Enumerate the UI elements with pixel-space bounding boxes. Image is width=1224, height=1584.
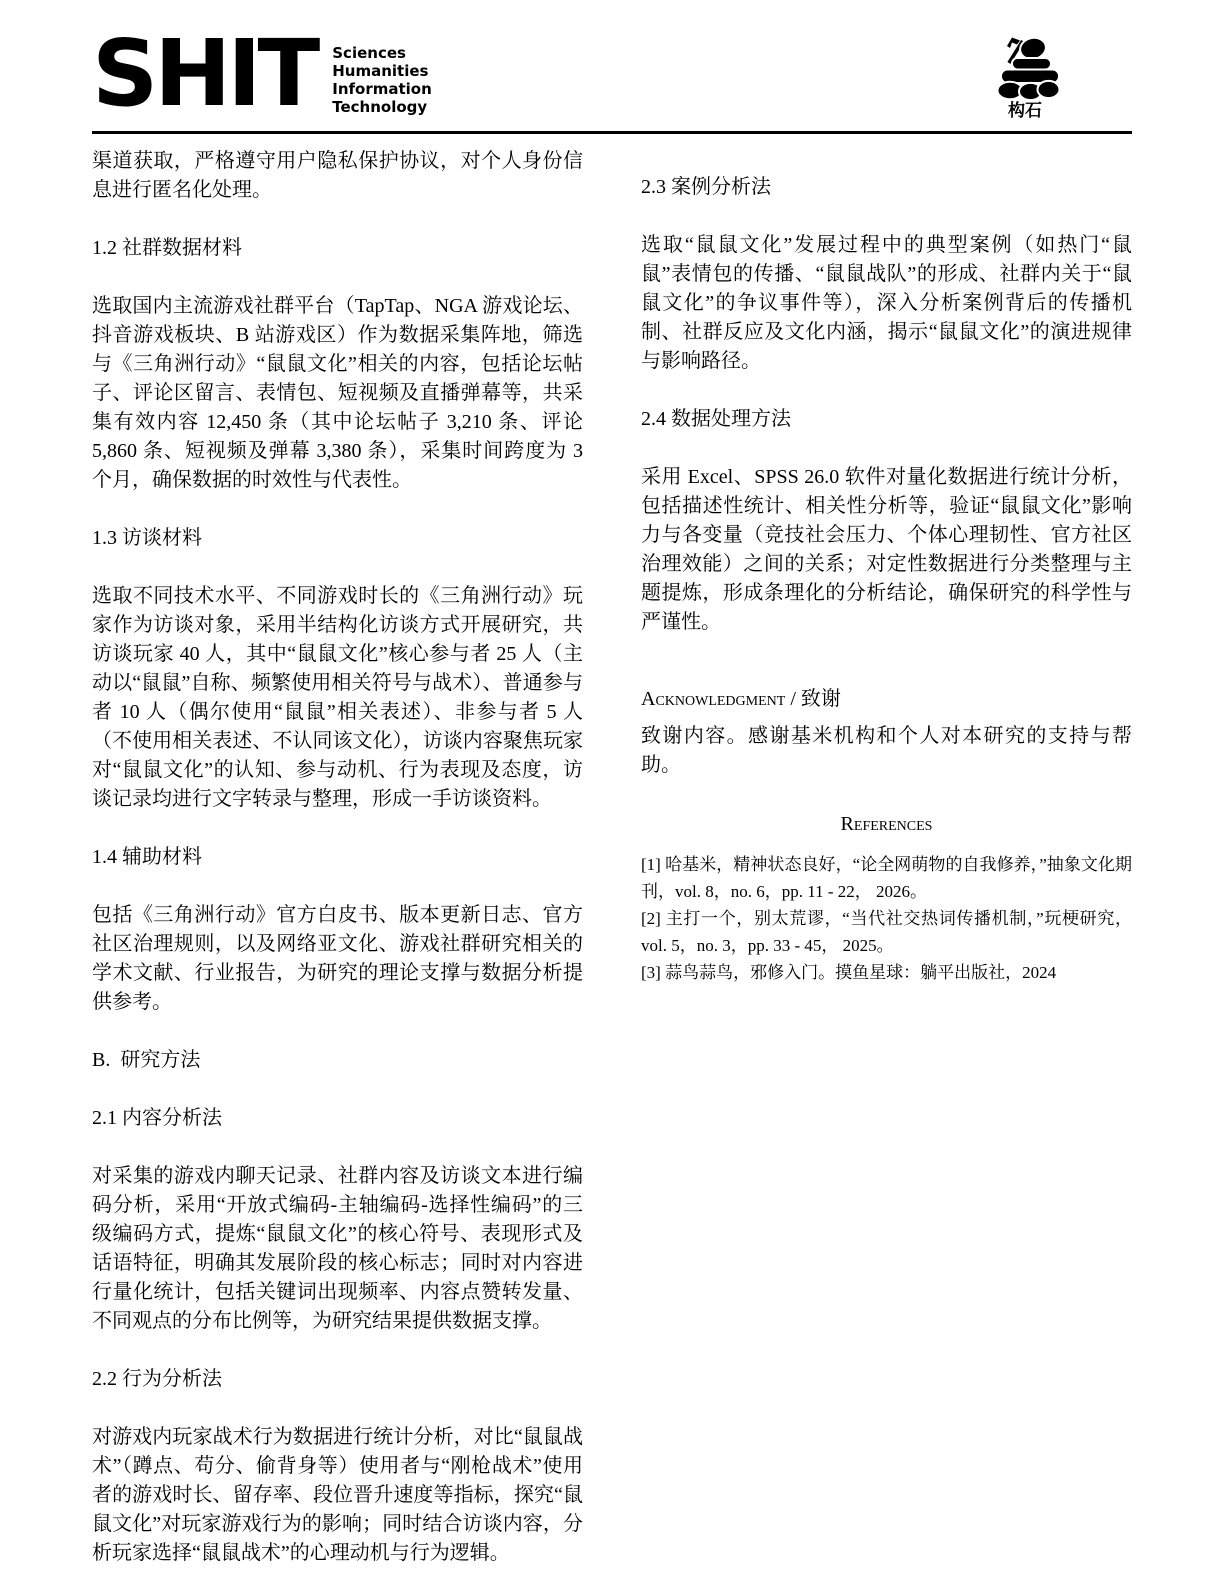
logo-word: Sciences <box>332 44 432 62</box>
paper-body: 渠道获取，严格遵守用户隐私保护协议，对个人身份信息进行匿名化处理。 1.2 社群… <box>0 134 1224 1568</box>
paragraph: 包括《三角洲行动》官方白皮书、版本更新日志、官方社区治理规则，以及网络亚文化、游… <box>92 901 583 1017</box>
section-heading: 2.3 案例分析法 <box>641 173 1132 202</box>
logo-word: Information <box>332 80 432 98</box>
section-heading: 1.4 辅助材料 <box>92 843 583 872</box>
reference-list: [1] 哈基米，精神状态良好，“论全网萌物的自我修养，”抽象文化期刊，vol. … <box>641 851 1132 986</box>
acknowledgment-text: 致谢内容。感谢基米机构和个人对本研究的支持与帮助。 <box>641 722 1132 780</box>
paragraph: 选取不同技术水平、不同游戏时长的《三角洲行动》玩家作为访谈对象，采用半结构化访谈… <box>92 582 583 814</box>
section-heading: B. 研究方法 <box>92 1046 583 1075</box>
journal-logo-words: Sciences Humanities Information Technolo… <box>332 36 432 116</box>
acknowledgment-heading: Acknowledgment / 致谢 <box>641 685 1132 714</box>
paragraph: 对采集的游戏内聊天记录、社群内容及访谈文本进行编码分析，采用“开放式编码-主轴编… <box>92 1162 583 1336</box>
paper-page: SHIT Sciences Humanities Information Tec… <box>0 0 1224 1584</box>
paragraph: 对游戏内玩家战术行为数据进行统计分析，对比“鼠鼠战术”（蹲点、苟分、偷背身等）使… <box>92 1423 583 1568</box>
stone-pile-icon <box>987 36 1063 100</box>
reference-item: [2] 主打一个，别太荒谬，“当代社交热词传播机制，”玩梗研究，vol. 5，n… <box>641 905 1132 959</box>
section-heading: 2.4 数据处理方法 <box>641 405 1132 434</box>
references-heading: References <box>641 810 1132 839</box>
left-column: 渠道获取，严格遵守用户隐私保护协议，对个人身份信息进行匿名化处理。 1.2 社群… <box>92 147 583 1568</box>
journal-logo-text: SHIT <box>92 36 316 112</box>
section-heading: 1.3 访谈材料 <box>92 524 583 553</box>
paragraph: 渠道获取，严格遵守用户隐私保护协议，对个人身份信息进行匿名化处理。 <box>92 147 583 205</box>
journal-logo: SHIT Sciences Humanities Information Tec… <box>92 36 432 116</box>
logo-word: Technology <box>332 98 432 116</box>
section-heading: 2.2 行为分析法 <box>92 1365 583 1394</box>
section-heading: 2.1 内容分析法 <box>92 1104 583 1133</box>
right-column: 2.3 案例分析法 选取“鼠鼠文化”发展过程中的典型案例（如热门“鼠鼠”表情包的… <box>641 147 1132 1568</box>
reference-item: [3] 蒜鸟蒜鸟，邪修入门。摸鱼星球：躺平出版社，2024 <box>641 959 1132 986</box>
logo-word: Humanities <box>332 62 432 80</box>
publisher-badge: 构石 <box>986 36 1064 121</box>
paragraph: 采用 Excel、SPSS 26.0 软件对量化数据进行统计分析，包括描述性统计… <box>641 463 1132 637</box>
paragraph: 选取“鼠鼠文化”发展过程中的典型案例（如热门“鼠鼠”表情包的传播、“鼠鼠战队”的… <box>641 231 1132 376</box>
page-header: SHIT Sciences Humanities Information Tec… <box>0 0 1224 128</box>
reference-item: [1] 哈基米，精神状态良好，“论全网萌物的自我修养，”抽象文化期刊，vol. … <box>641 851 1132 905</box>
publisher-label: 构石 <box>1008 101 1042 121</box>
section-heading: 1.2 社群数据材料 <box>92 234 583 263</box>
paragraph: 选取国内主流游戏社群平台（TapTap、NGA 游戏论坛、抖音游戏板块、B 站游… <box>92 292 583 495</box>
